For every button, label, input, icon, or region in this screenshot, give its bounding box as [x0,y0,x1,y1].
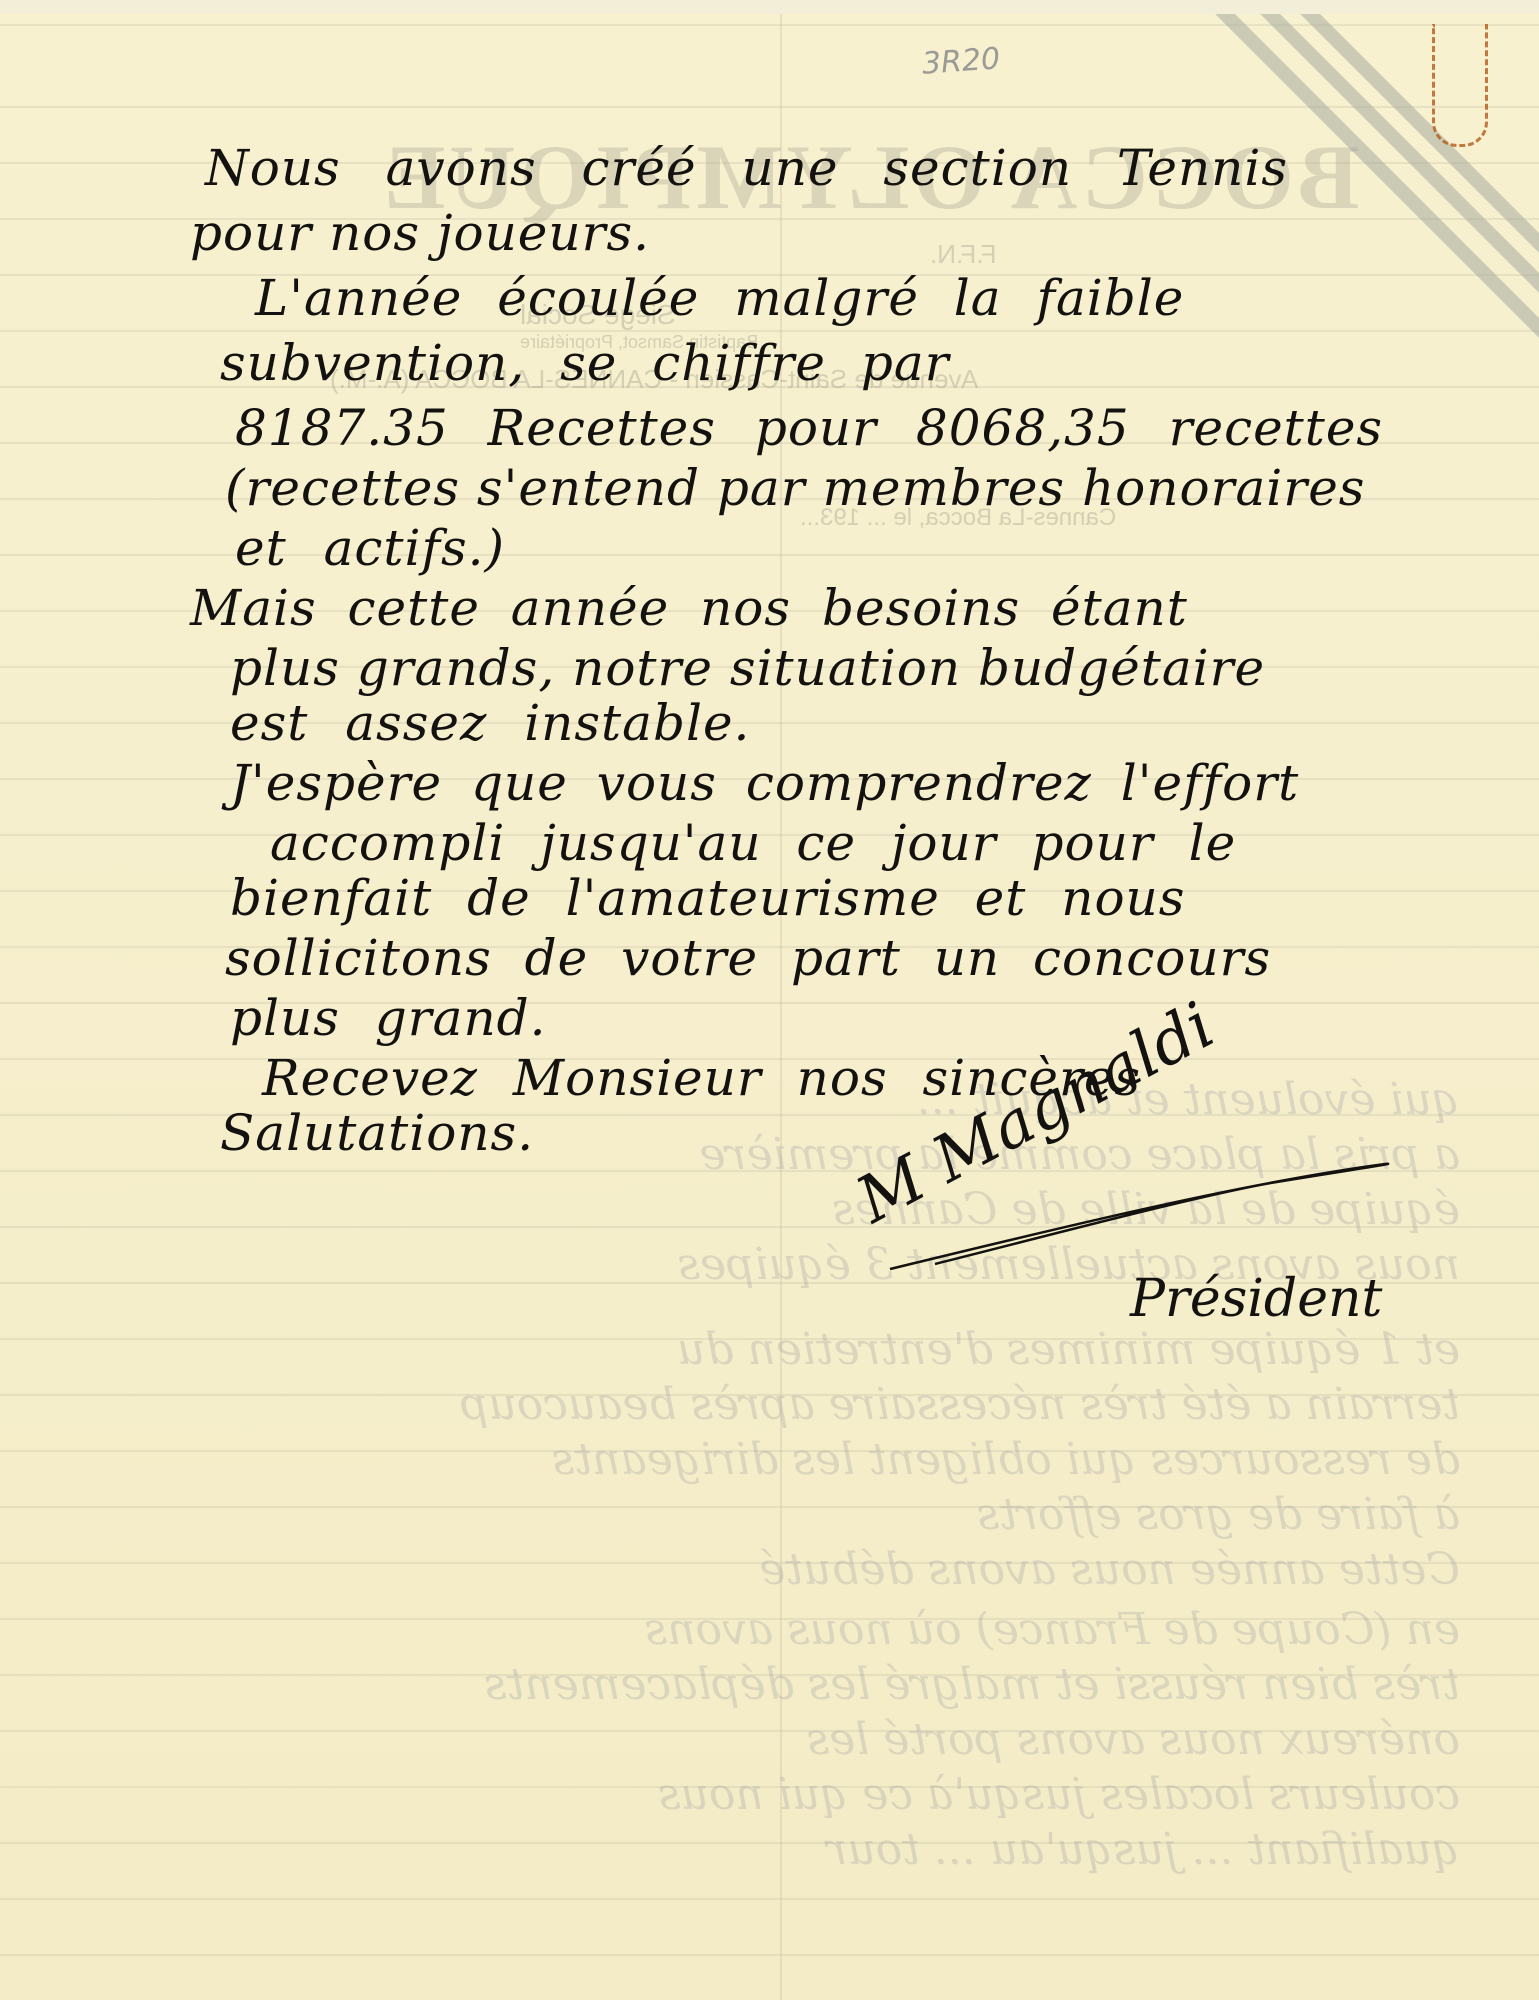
signature-title: Président [1130,1269,1382,1329]
body-line: plus grand. [230,989,547,1047]
scanned-document: 3R20 BOCCA OLYMPIQUE F.F.N. Siège Social… [0,0,1539,2000]
rust-clip-mark [1432,24,1488,147]
letterhead-federation: F.F.N. [930,239,996,270]
ghost-line: onéreux nous avons porté les [60,1714,1460,1765]
body-line: J'espère que vous comprendrez l'effort [230,754,1299,812]
ghost-line: terrain a été très nécessaire après beau… [60,1379,1460,1430]
ghost-line: qualifiant ... jusqu'au ... tour [60,1824,1460,1875]
body-line: (recettes s'entend par membres honoraire… [225,459,1365,517]
body-line: subvention, se chiffre par [220,334,950,392]
body-line: plus grands, notre situation budgétaire [230,639,1265,697]
ghost-line: de ressources qui obligent les dirigeant… [60,1434,1460,1485]
ghost-line: et 1 équipe minimes d'entretien du [60,1324,1460,1375]
body-line: est assez instable. [230,694,750,752]
ghost-line: Cette année nous avons débuté [60,1544,1460,1595]
body-line: accompli jusqu'au ce jour pour le [270,814,1236,872]
body-line: pour nos joueurs. [190,204,650,262]
body-line: Salutations. [220,1104,534,1162]
archive-reference: 3R20 [921,41,1001,81]
letter-paper: 3R20 BOCCA OLYMPIQUE F.F.N. Siège Social… [0,14,1539,2000]
body-line: bienfait de l'amateurisme et nous [230,869,1185,927]
body-line: Nous avons créé une section Tennis [205,139,1288,197]
body-line: sollicitons de votre part un concours [225,929,1271,987]
ghost-line: en (Coupe de France) où nous avons [60,1604,1460,1655]
ghost-line: à faire de gros efforts [60,1489,1460,1540]
body-line: 8187.35 Recettes pour 8068,35 recettes [235,399,1383,457]
body-line: et actifs.) [235,519,505,577]
ghost-line: couleurs locales jusqu'à ce qui nous [60,1769,1460,1820]
body-line: Mais cette année nos besoins étant [190,579,1188,637]
ghost-line: très bien réussi et malgré les déplaceme… [60,1659,1460,1710]
body-line: L'année écoulée malgré la faible [255,269,1184,327]
